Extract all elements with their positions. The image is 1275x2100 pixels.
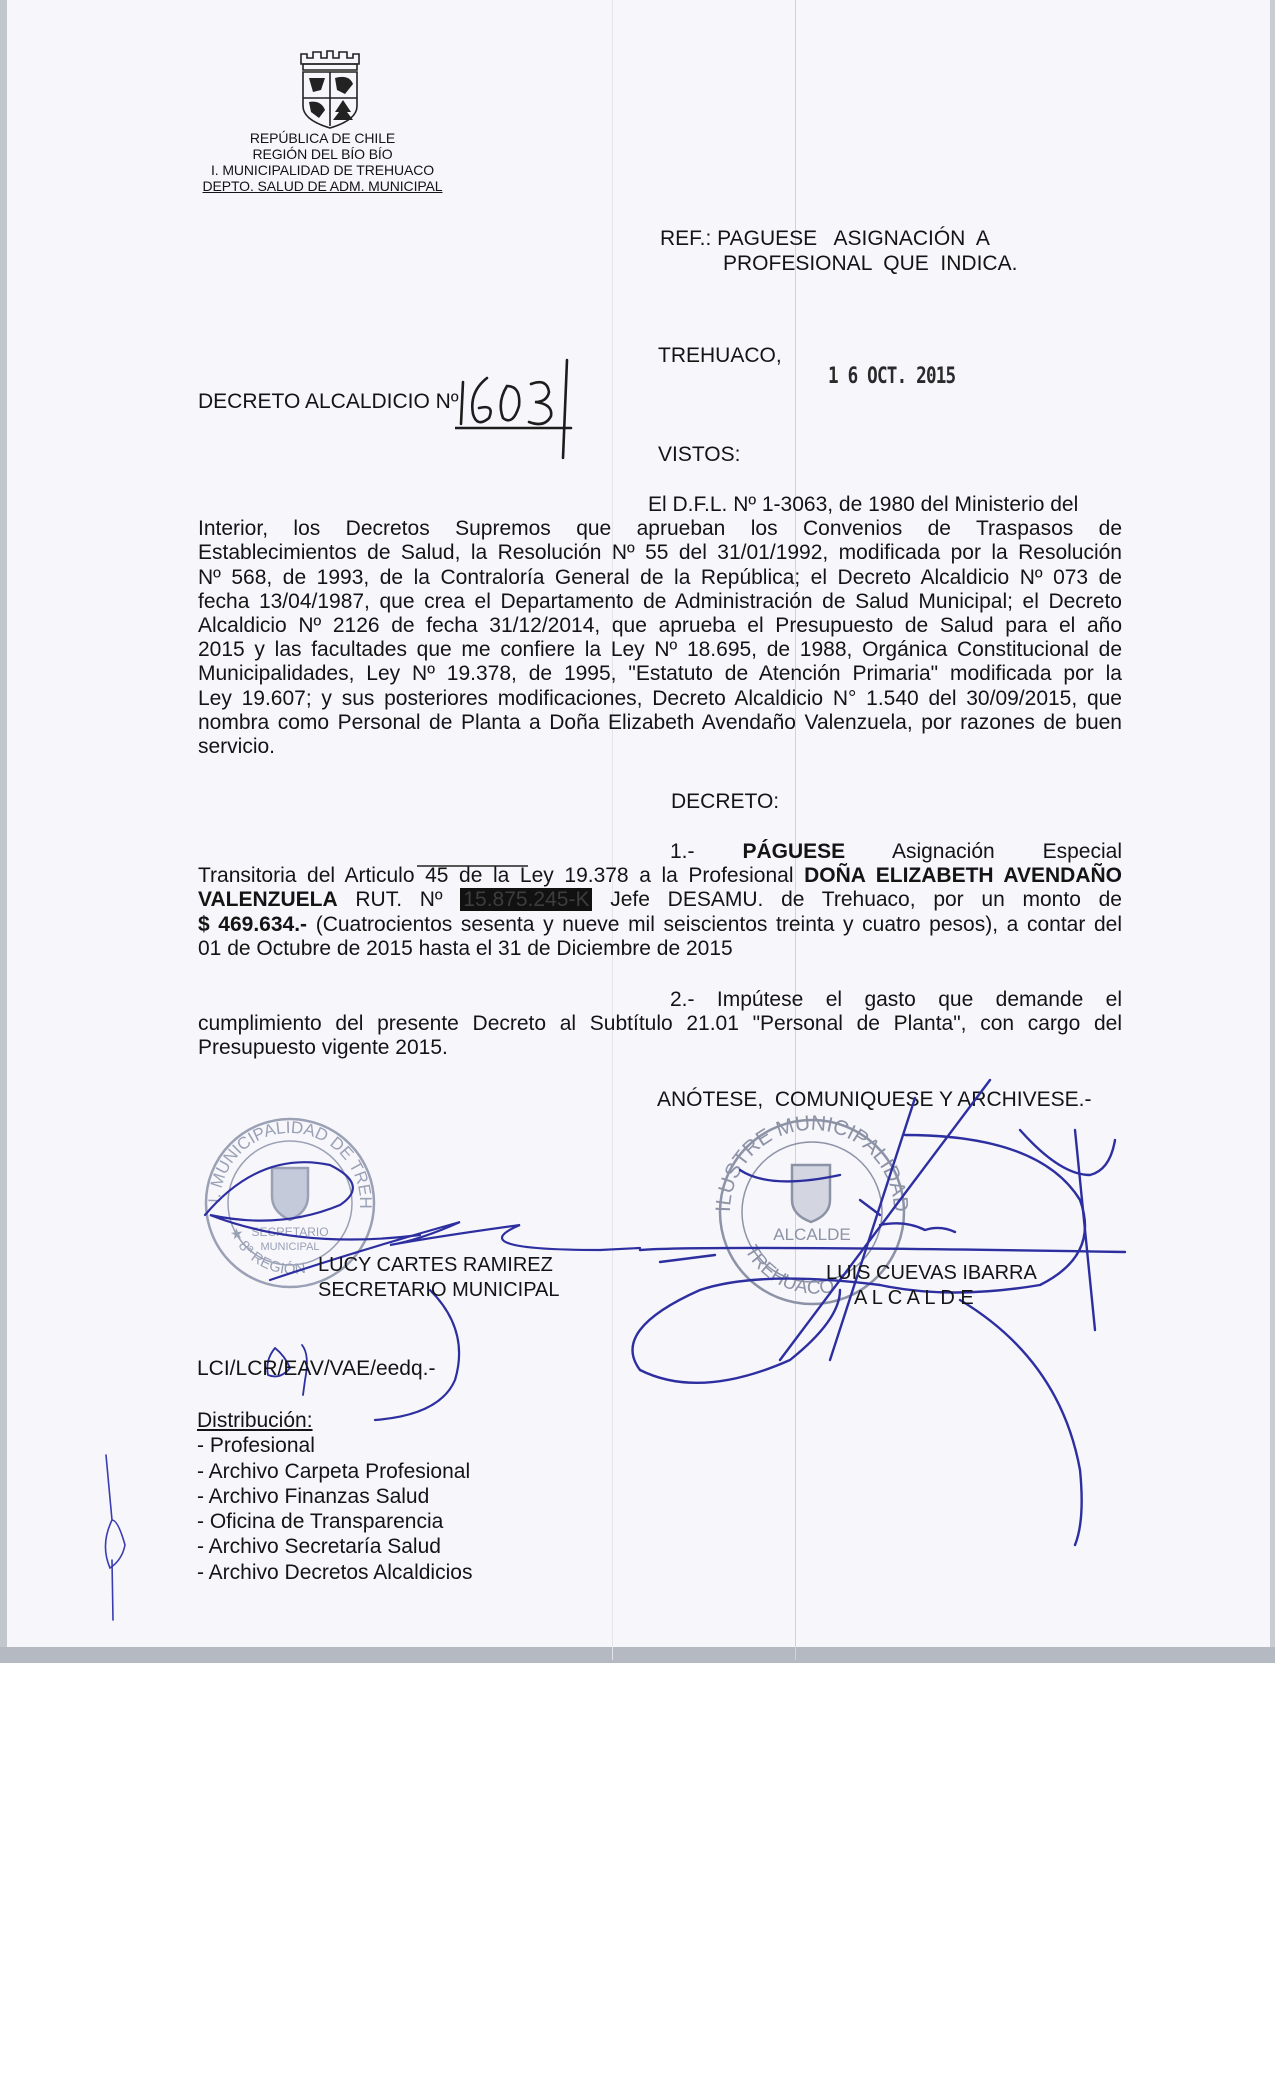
paragraph-line: Establecimientos de Salud, la Resolución… [198,541,1122,565]
beneficiary-name: DOÑA ELIZABETH AVENDAÑO [804,864,1122,887]
distribution-item: - Archivo Carpeta Profesional [197,1459,472,1484]
amount: $ 469.634.- [198,913,307,936]
paragraph-line: El D.F.L. Nº 1-3063, de 1980 del Ministe… [198,493,1122,517]
paper-fold-line [612,0,613,1660]
amount-in-words: (Cuatrocientos sesenta y nueve mil seisc… [316,913,1122,936]
paragraph-line: nombra como Personal de Planta a Doña El… [198,711,1122,735]
beneficiary-surname: VALENZUELA [198,888,338,911]
rut-redacted: 15.875.245-K [460,888,592,911]
distribution-item: - Oficina de Transparencia [197,1509,472,1534]
letterhead-line: REGIÓN DEL BÍO BÍO [200,146,445,162]
paragraph-line: Presupuesto vigente 2015. [198,1036,1122,1060]
scanner-bed-strip [0,1647,1275,1663]
paragraph-line: Interior, los Decretos Supremos que apru… [198,517,1122,541]
item-text: Jefe DESAMU. de Trehuaco, por un monto d… [610,888,1122,911]
place-label: TREHUACO, [658,344,782,368]
decree-item-1: 1.- PÁGUESE Asignación Especial Transito… [198,840,1122,961]
distribution-list: Distribución: - Profesional - Archivo Ca… [197,1408,472,1585]
secretary-title: SECRETARIO MUNICIPAL [318,1278,560,1303]
decreto-heading: DECRETO: [671,790,779,814]
paragraph-line: 2015 y las facultades que me confiere la… [198,638,1122,662]
decree-item-2: 2.- Impútese el gasto que demande el cum… [198,988,1122,1061]
distribution-title: Distribución: [197,1408,472,1433]
paragraph-line: VALENZUELA RUT. Nº 15.875.245-K Jefe DES… [198,888,1122,912]
distribution-item: - Archivo Secretaría Salud [197,1534,472,1559]
reference-line: PROFESIONAL QUE INDICA. [660,251,1017,276]
date-stamp: 1 6 OCT. 2015 [828,364,955,389]
paragraph-line: 2.- Impútese el gasto que demande el [198,988,1122,1012]
paragraph-line: Alcaldicio Nº 2126 de fecha 31/12/2014, … [198,614,1122,638]
item-text: Asignación Especial [892,840,1122,863]
scanned-page [0,0,1275,1647]
paragraph-line: Ley 19.607; y sus posteriores modificaci… [198,687,1122,711]
mayor-title: A L C A L D E [826,1286,1037,1311]
reference-line: REF.: PAGUESE ASIGNACIÓN A [660,226,1017,251]
decree-number-label: DECRETO ALCALDICIO Nº [198,390,459,414]
item-number: 1.- [670,840,695,863]
paragraph-line: 1.- PÁGUESE Asignación Especial [198,840,1122,864]
paragraph-line: $ 469.634.- (Cuatrocientos sesenta y nue… [198,913,1122,937]
vistos-paragraph: El D.F.L. Nº 1-3063, de 1980 del Ministe… [198,493,1122,759]
coat-of-arms-icon [293,48,367,130]
paragraph-line: Municipalidades, Ley Nº 19.378, de 1995,… [198,662,1122,686]
scan-edge-left [0,0,7,1647]
letterhead-line: I. MUNICIPALIDAD DE TREHUACO [200,162,445,178]
paragraph-line: servicio. [198,735,1122,759]
scan-edge-right [1270,0,1275,1647]
letterhead-line: REPÚBLICA DE CHILE [200,130,445,146]
distribution-item: - Profesional [197,1433,472,1458]
rut-label: RUT. Nº [355,888,442,911]
paragraph-line: fecha 13/04/1987, que crea el Departamen… [198,590,1122,614]
paragraph-line: 01 de Octubre de 2015 hasta el 31 de Dic… [198,937,1122,961]
secretary-name: LUCY CARTES RAMIREZ [318,1253,560,1278]
paragraph-line: Nº 568, de 1993, de la Contraloría Gener… [198,566,1122,590]
vistos-heading: VISTOS: [658,443,740,467]
reference-subject: REF.: PAGUESE ASIGNACIÓN A PROFESIONAL Q… [660,226,1017,276]
letterhead-line: DEPTO. SALUD DE ADM. MUNICIPAL [200,178,445,194]
letterhead: REPÚBLICA DE CHILE REGIÓN DEL BÍO BÍO I.… [200,130,445,194]
paragraph-line: cumplimiento del presente Decreto al Sub… [198,1012,1122,1036]
item-text: Transitoria del Articulo 45 de la Ley 19… [198,864,793,887]
mayor-name: LUIS CUEVAS IBARRA [826,1261,1037,1286]
closing-formula: ANÓTESE, COMUNIQUESE Y ARCHIVESE.- [657,1088,1092,1112]
mayor-signature-block: LUIS CUEVAS IBARRA A L C A L D E [826,1261,1037,1311]
reference-initials: LCI/LCR/EAV/VAE/eedq.- [197,1357,436,1381]
distribution-item: - Archivo Finanzas Salud [197,1484,472,1509]
distribution-item: - Archivo Decretos Alcaldicios [197,1560,472,1585]
paragraph-line: Transitoria del Articulo 45 de la Ley 19… [198,864,1122,888]
handwritten-decree-number [455,352,595,462]
item-verb: PÁGUESE [742,840,845,863]
secretary-signature-block: LUCY CARTES RAMIREZ SECRETARIO MUNICIPAL [318,1253,560,1303]
